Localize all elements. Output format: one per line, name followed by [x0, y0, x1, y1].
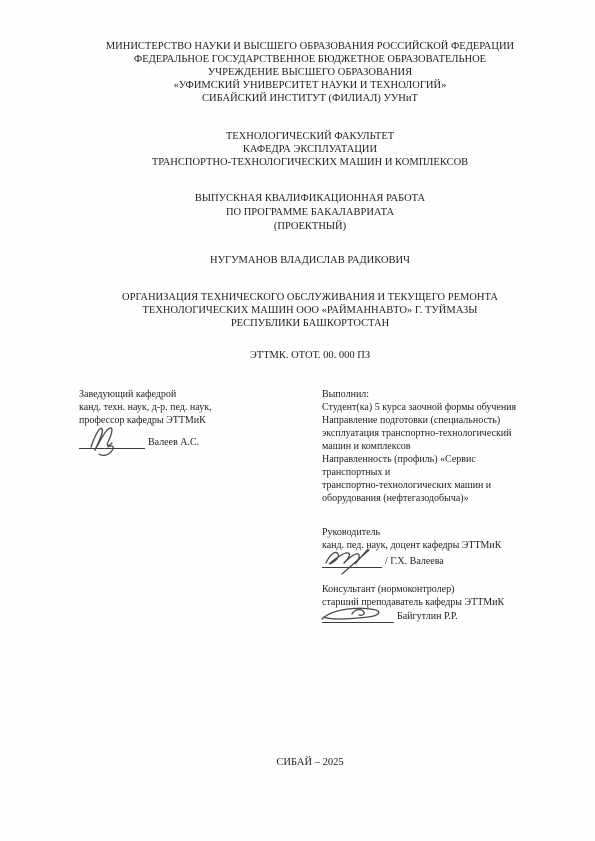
thesis-title-line: РЕСПУБЛИКИ БАШКОРТОСТАН	[40, 317, 580, 330]
header-line: ФЕДЕРАЛЬНОЕ ГОСУДАРСТВЕННОЕ БЮДЖЕТНОЕ ОБ…	[40, 53, 580, 66]
document-code: ЭТТМК. ОТОТ. 00. 000 ПЗ	[40, 349, 580, 362]
thesis-title-line: ТЕХНОЛОГИЧЕСКИХ МАШИН ООО «РАЙМАННАВТО» …	[40, 304, 580, 317]
thesis-title: ОРГАНИЗАЦИЯ ТЕХНИЧЕСКОГО ОБСЛУЖИВАНИЯ И …	[40, 291, 580, 330]
head-of-department-column: Заведующий кафедрой канд. техн. наук, д-…	[40, 388, 322, 623]
consultant-name: Байгутлин Р.Р.	[397, 610, 458, 623]
supervisor-block: Руководитель канд. пед. наук, доцент каф…	[322, 526, 580, 568]
performer-line: эксплуатация транспортно-технологический	[322, 427, 580, 440]
header-line: УЧРЕЖДЕНИЕ ВЫСШЕГО ОБРАЗОВАНИЯ	[40, 66, 580, 79]
head-of-department-line: канд. техн. наук, д-р. пед. наук,	[79, 401, 322, 414]
header-line: СИБАЙСКИЙ ИНСТИТУТ (ФИЛИАЛ) УУНиТ	[40, 92, 580, 105]
work-type-block: ВЫПУСКНАЯ КВАЛИФИКАЦИОННАЯ РАБОТА ПО ПРО…	[40, 192, 580, 234]
signature-underline	[322, 551, 382, 568]
consultant-block: Консультант (нормоконтролер) старший пре…	[322, 583, 580, 623]
ministry-header: МИНИСТЕРСТВО НАУКИ И ВЫСШЕГО ОБРАЗОВАНИЯ…	[40, 40, 580, 105]
work-type-line: ВЫПУСКНАЯ КВАЛИФИКАЦИОННАЯ РАБОТА	[40, 192, 580, 206]
supervisor-line: Руководитель	[322, 526, 580, 539]
handwritten-signature-icon	[320, 604, 390, 628]
consultant-line: Консультант (нормоконтролер)	[322, 583, 580, 596]
performer-line: Направление подготовки (специальность)	[322, 414, 580, 427]
performer-line: Направленность (профиль) «Сервис	[322, 453, 580, 466]
thesis-title-line: ОРГАНИЗАЦИЯ ТЕХНИЧЕСКОГО ОБСЛУЖИВАНИЯ И …	[40, 291, 580, 304]
performer-line: Студент(ка) 5 курса заочной формы обучен…	[322, 401, 580, 414]
faculty-line: КАФЕДРА ЭКСПЛУАТАЦИИ	[40, 143, 580, 156]
thesis-title-page: МИНИСТЕРСТВО НАУКИ И ВЫСШЕГО ОБРАЗОВАНИЯ…	[0, 0, 595, 841]
head-of-department-signature-row: Валеев А.С.	[79, 427, 322, 449]
supervisor-signature-row: / Г.Х. Валеева	[322, 552, 580, 568]
performer-line: транспортных и	[322, 466, 580, 479]
supervisor-name: / Г.Х. Валеева	[385, 555, 444, 568]
work-type-line: ПО ПРОГРАММЕ БАКАЛАВРИАТА	[40, 206, 580, 220]
header-line: «УФИМСКИЙ УНИВЕРСИТЕТ НАУКИ И ТЕХНОЛОГИЙ…	[40, 79, 580, 92]
head-of-department-line: Заведующий кафедрой	[79, 388, 322, 401]
work-type-line: (ПРОЕКТНЫЙ)	[40, 220, 580, 234]
city-year-footer: СИБАЙ – 2025	[40, 757, 580, 768]
faculty-line: ТРАНСПОРТНО-ТЕХНОЛОГИЧЕСКИХ МАШИН И КОМП…	[40, 156, 580, 169]
signature-underline	[322, 608, 394, 623]
page-content: МИНИСТЕРСТВО НАУКИ И ВЫСШЕГО ОБРАЗОВАНИЯ…	[40, 0, 580, 623]
performer-line: оборудования (нефтегазодобыча)»	[322, 492, 580, 505]
handwritten-signature-icon	[322, 547, 380, 577]
faculty-department-block: ТЕХНОЛОГИЧЕСКИЙ ФАКУЛЬТЕТ КАФЕДРА ЭКСПЛУ…	[40, 130, 580, 169]
header-line: МИНИСТЕРСТВО НАУКИ И ВЫСШЕГО ОБРАЗОВАНИЯ…	[40, 40, 580, 53]
performer-line: машин и комплексов	[322, 440, 580, 453]
signature-underline	[79, 426, 145, 449]
consultant-signature-row: Байгутлин Р.Р.	[322, 609, 580, 623]
author-name: НУГУМАНОВ ВЛАДИСЛАВ РАДИКОВИЧ	[40, 254, 580, 267]
performer-line: транспортно-технологических машин и	[322, 479, 580, 492]
head-of-department-name: Валеев А.С.	[148, 436, 199, 449]
handwritten-signature-icon	[85, 423, 129, 457]
approval-columns: Заведующий кафедрой канд. техн. наук, д-…	[40, 388, 580, 623]
performer-column: Выполнил: Студент(ка) 5 курса заочной фо…	[322, 388, 580, 623]
faculty-line: ТЕХНОЛОГИЧЕСКИЙ ФАКУЛЬТЕТ	[40, 130, 580, 143]
performer-label: Выполнил:	[322, 388, 580, 401]
